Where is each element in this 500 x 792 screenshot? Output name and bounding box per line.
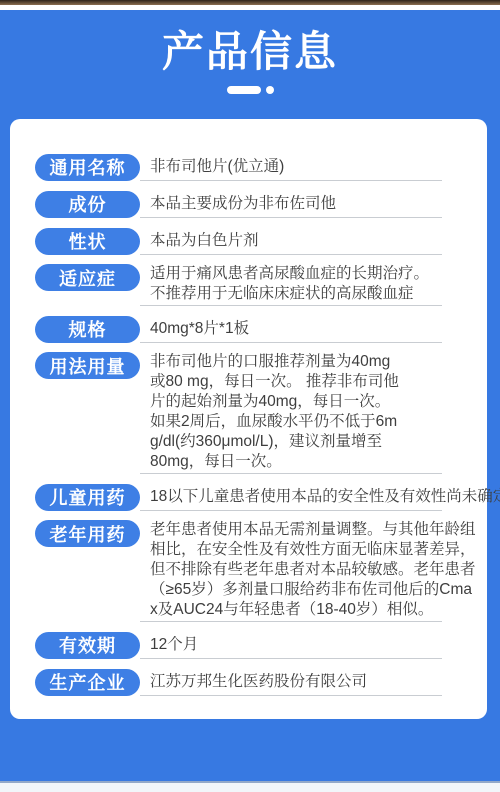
info-row-generic-name: 通用名称 非布司他片(优立通) [10, 153, 487, 181]
info-row-ingredients: 成份 本品主要成份为非布佐司他 [10, 190, 487, 218]
field-value: 非布司他片(优立通) [150, 157, 284, 177]
page-title: 产品信息 [0, 30, 500, 74]
field-label-pill: 老年用药 [35, 520, 140, 547]
info-row-manufacturer: 生产企业 江苏万邦生化医药股份有限公司 [10, 668, 487, 696]
title-underline-dot [266, 86, 274, 94]
title-underline [0, 86, 500, 94]
field-label-pill: 性状 [35, 228, 140, 255]
field-label-pill: 通用名称 [35, 154, 140, 181]
info-row-shelf-life: 有效期 12个月 [10, 631, 487, 659]
field-value: 适用于痛风患者高尿酸血症的长期治疗。 不推荐用于无临床床症状的高尿酸血症 [150, 264, 429, 304]
field-label-pill: 规格 [35, 316, 140, 343]
field-label-pill: 有效期 [35, 632, 140, 659]
blue-section: 产品信息 通用名称 非布司他片(优立通) 成份 本品主要成份为非布佐司他 性状 … [0, 10, 500, 781]
info-row-dosage: 用法用量 非布司他片的口服推荐剂量为40mg 或80 mg，每日一次。 推荐非布… [10, 352, 487, 474]
product-info-page: 产品信息 通用名称 非布司他片(优立通) 成份 本品主要成份为非布佐司他 性状 … [0, 0, 500, 792]
field-label-pill: 儿童用药 [35, 484, 140, 511]
field-value: 非布司他片的口服推荐剂量为40mg 或80 mg，每日一次。 推荐非布司他 片的… [150, 352, 399, 472]
product-info-card: 通用名称 非布司他片(优立通) 成份 本品主要成份为非布佐司他 性状 本品为白色… [10, 119, 487, 719]
info-row-indications: 适应症 适用于痛风患者高尿酸血症的长期治疗。 不推荐用于无临床床症状的高尿酸血症 [10, 264, 487, 306]
field-value: 本品为白色片剂 [150, 231, 259, 251]
field-value: 本品主要成份为非布佐司他 [150, 194, 336, 214]
field-label-pill: 用法用量 [35, 352, 140, 379]
info-row-character: 性状 本品为白色片剂 [10, 227, 487, 255]
info-row-specification: 规格 40mg*8片*1板 [10, 315, 487, 343]
field-value: 12个月 [150, 635, 198, 655]
info-row-pediatric-use: 儿童用药 18以下儿童患者使用本品的安全性及有效性尚未确定。 [10, 483, 487, 511]
field-value: 江苏万邦生化医药股份有限公司 [150, 672, 367, 692]
field-value: 40mg*8片*1板 [150, 319, 249, 339]
field-label-pill: 生产企业 [35, 669, 140, 696]
field-value: 老年患者使用本品无需剂量调整。与其他年龄组 相比，在安全性及有效性方面无临床显著… [150, 520, 476, 620]
field-label-pill: 适应症 [35, 264, 140, 291]
footer-strip [0, 781, 500, 792]
field-label-pill: 成份 [35, 191, 140, 218]
info-row-geriatric-use: 老年用药 老年患者使用本品无需剂量调整。与其他年龄组 相比，在安全性及有效性方面… [10, 520, 487, 622]
field-value: 18以下儿童患者使用本品的安全性及有效性尚未确定。 [150, 487, 500, 507]
title-underline-dash [227, 86, 261, 94]
